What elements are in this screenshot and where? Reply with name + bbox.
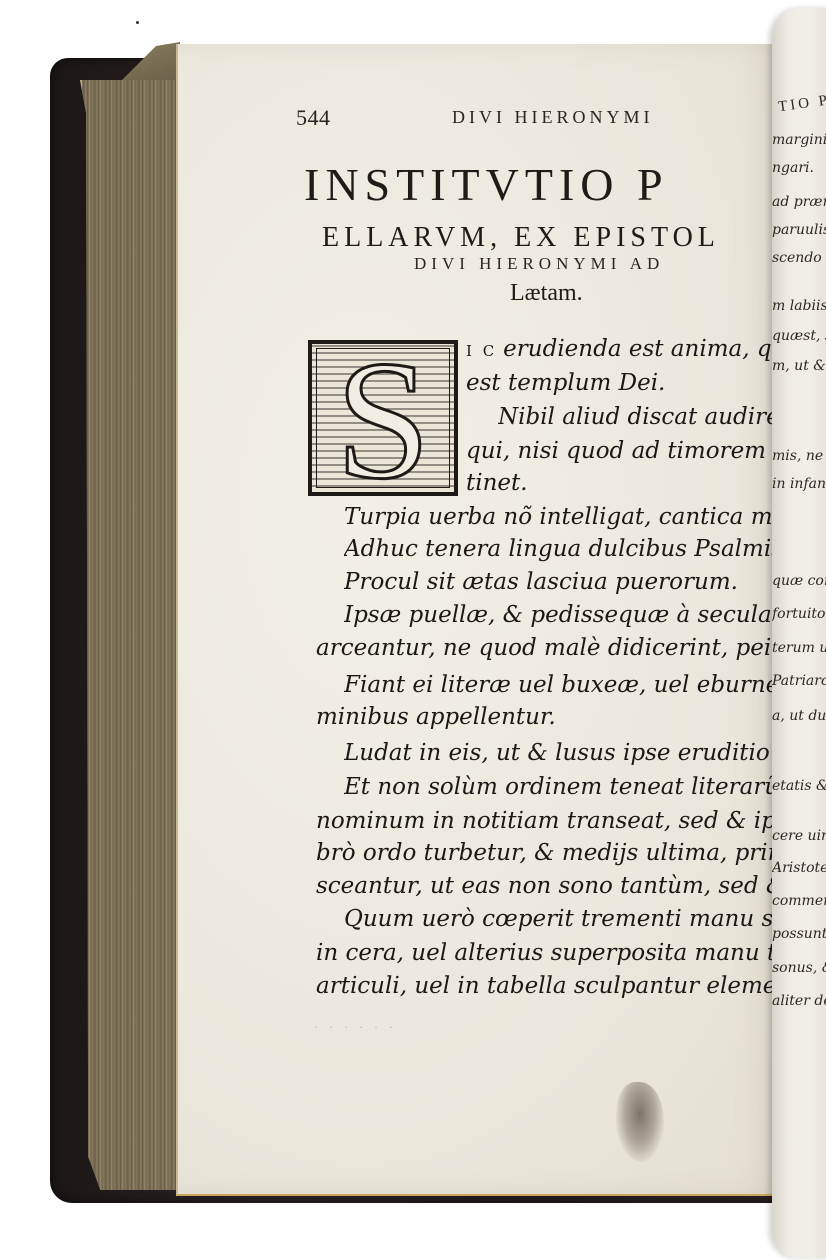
- body-line: articuli, uel in tabella sculpantur elem…: [316, 973, 826, 999]
- facing-line: m, ut & uici: [772, 358, 826, 374]
- chapter-title-line-3: DIVI HIERONYMI AD: [414, 254, 664, 274]
- body-line: est templum Dei.: [466, 370, 665, 396]
- dust-speck: [136, 21, 139, 24]
- facing-line: m labiis e: [772, 298, 826, 314]
- body-line: sceantur, ut eas non sono tantùm, sed & …: [316, 873, 826, 899]
- body-line: I Cerudienda est anima, quæ f: [466, 336, 824, 362]
- body-line: Adhuc tenera lingua dulcibus Psalmis imb…: [344, 536, 826, 562]
- facing-line: cere uirum: [772, 828, 826, 844]
- facing-line: in infantia, u: [772, 476, 826, 492]
- body-line: tinet.: [466, 470, 528, 496]
- body-line: qui, nisi quod ad timorem Dei: [466, 438, 813, 464]
- facing-line: paruulis inuite: [772, 222, 826, 238]
- facing-line: quæst, si tardi: [772, 328, 826, 344]
- body-line: Ipsæ puellæ, & pedissequæ à secularibus …: [344, 602, 826, 628]
- facing-line: aliter de: [772, 993, 826, 1009]
- body-line: arceantur, ne quod malè didicerint, peiu…: [316, 635, 826, 661]
- facing-running-head: TIO PVE: [777, 89, 826, 117]
- facing-line: fortuito, se: [772, 606, 826, 622]
- body-line: Procul sit ætas lasciua puerorum.: [344, 569, 738, 595]
- page-number: 544: [296, 105, 331, 131]
- body-line: Turpia uerba nõ intelligat, cantica mund…: [344, 504, 826, 530]
- facing-line: Patriarchar: [772, 673, 826, 689]
- facing-line: Aristotele: [772, 860, 826, 876]
- body-line: Et non solùm ordinem teneat literarũ, ut…: [344, 774, 826, 800]
- facing-line: marginibus: [772, 132, 826, 148]
- body-line: nominum in notitiam transeat, sed & ipse…: [316, 808, 826, 834]
- body-line: Ludat in eis, ut & lusus ipse eruditio s…: [344, 740, 813, 766]
- body-line: Quum uerò cœperit trementi manu stylum: [344, 906, 826, 932]
- facing-line: mis, ne oder: [772, 448, 826, 464]
- running-head: 544 DIVI HIERONYMI: [296, 105, 756, 129]
- facing-line: a, ut dum a: [772, 708, 826, 724]
- facing-line: ad præmium: [772, 194, 826, 210]
- chapter-title-line-4: Lætam.: [510, 280, 583, 307]
- body-line: minibus appellentur.: [316, 704, 556, 730]
- page-fore-edge: [80, 80, 182, 1190]
- initial-letter-s: S: [312, 340, 454, 496]
- facing-line: ngari.: [772, 160, 814, 176]
- facing-line: terum uide: [772, 640, 826, 656]
- facing-line: sonus, & i: [772, 960, 826, 976]
- facing-line: etatis & ui: [772, 778, 826, 794]
- facing-line: quæ consi: [772, 573, 826, 589]
- facing-page-curl: TIO PVE marginibus ngari. ad præmium par…: [772, 8, 826, 1258]
- chapter-title-line-2: ELLARVM, EX EPISTOL: [322, 222, 720, 254]
- running-title: DIVI HIERONYMI: [452, 107, 653, 128]
- woodcut-initial: S: [308, 340, 458, 496]
- facing-line: scendo quæ f: [772, 250, 826, 266]
- body-line: in cera, uel alterius superposita manu t…: [316, 940, 826, 966]
- body-line: Fiant ei literæ uel buxeæ, uel eburneæ, …: [344, 672, 826, 698]
- catchword-signature: · · · · · ·: [314, 1020, 397, 1035]
- facing-line: commenda qu: [772, 893, 826, 909]
- body-line: brò ordo turbetur, & medijs ultima, prim…: [316, 840, 826, 866]
- chapter-title-line-1: INSTITVTIO P: [304, 158, 669, 211]
- facing-line: possunt.: [772, 926, 826, 942]
